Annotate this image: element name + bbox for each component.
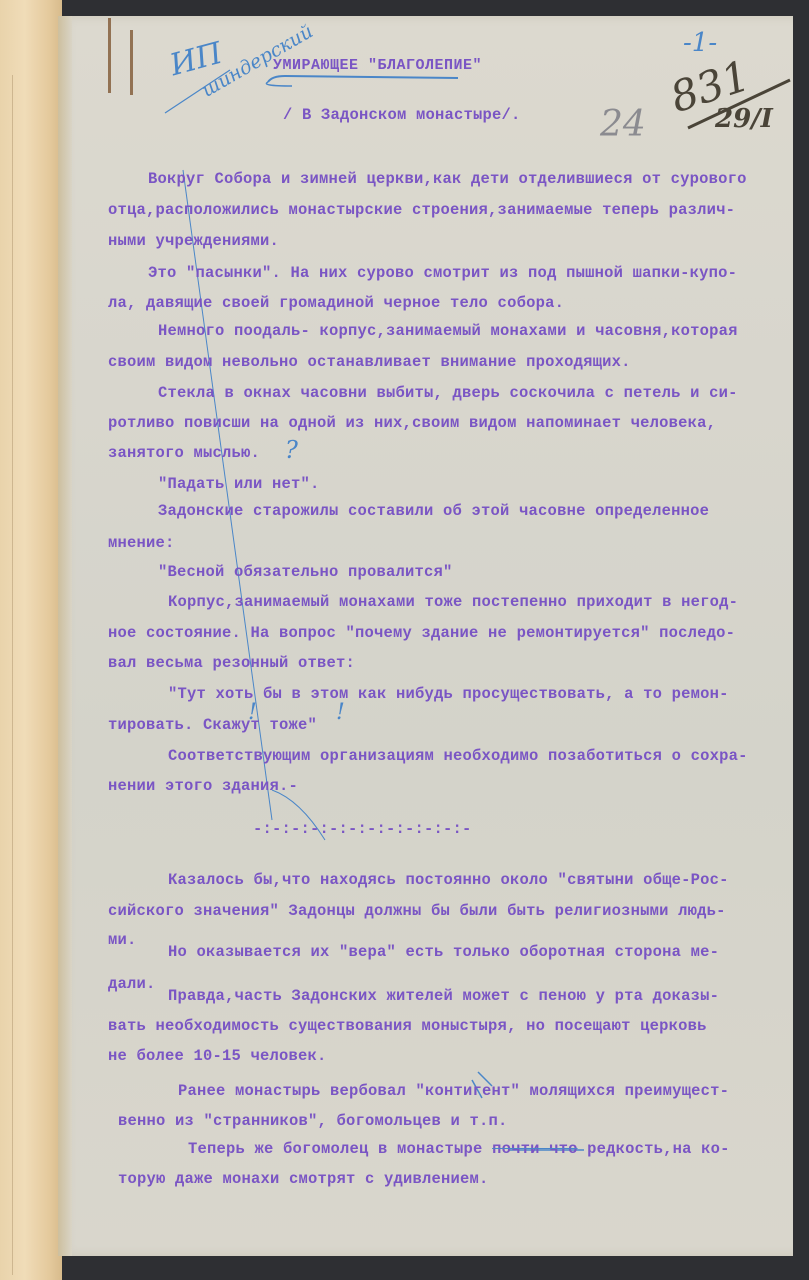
document-title: УМИРАЮЩЕЕ "БЛАГОЛЕПИЕ" <box>273 57 482 74</box>
text-line: сийского значения" Задонцы должны бы был… <box>108 902 726 920</box>
text-segment: Теперь же богомолец в монастыре <box>188 1140 492 1158</box>
text-line: "Тут хоть бы в этом как нибудь просущест… <box>168 685 729 703</box>
text-line: дали. <box>108 975 156 993</box>
text-line: тировать. Скажут тоже" <box>108 716 317 734</box>
text-line: Казалось бы,что находясь постоянно около… <box>168 871 729 889</box>
text-line: ными учреждениями. <box>108 232 279 250</box>
text-line: торую даже монахи смотрят с удивлением. <box>118 1170 489 1188</box>
document-subtitle: / В Задонском монастыре/. <box>283 106 521 124</box>
text-line: мнение: <box>108 534 175 552</box>
text-line: Стекла в окнах часовни выбиты, дверь сос… <box>158 384 738 402</box>
page-left-edge <box>58 16 72 1256</box>
text-line: Вокруг Собора и зимней церкви,как дети о… <box>148 170 747 188</box>
handwritten-question-mark: ? <box>285 436 298 464</box>
text-line: отца,расположились монастырские строения… <box>108 201 735 219</box>
text-line: ми. <box>108 931 137 949</box>
text-line: Соответствующим организациям необходимо … <box>168 747 748 765</box>
archive-binding <box>0 0 62 1280</box>
archive-folio-sub: 29/I <box>715 104 773 134</box>
text-line: нении этого здания.- <box>108 777 298 795</box>
section-divider: -:-:-:-:-:-:-:-:-:-:-:- <box>253 820 472 838</box>
text-line-start: Теперь же богомолец в монастыре почти чт… <box>188 1140 730 1158</box>
handwritten-page-number: -1- <box>683 28 717 58</box>
text-line: венно из "странников", богомольцев и т.п… <box>118 1112 508 1130</box>
text-line: Корпус,занимаемый монахами тоже постепен… <box>168 593 738 611</box>
staple-mark-left <box>108 18 111 93</box>
text-line: вал весьма резонный ответ: <box>108 654 355 672</box>
text-line: Это "пасынки". На них сурово смотрит из … <box>148 264 737 282</box>
text-segment: редкость,на ко- <box>578 1140 730 1158</box>
pencil-sheet-number: 24 <box>600 104 646 145</box>
text-line: вать необходимость существования монысты… <box>108 1017 707 1035</box>
text-line: "Падать или нет". <box>158 475 320 493</box>
staple-mark-right <box>130 30 133 95</box>
text-line: Но оказывается их "вера" есть только обо… <box>168 943 719 961</box>
text-line: занятого мыслью. <box>108 444 260 462</box>
binding-fold-line <box>12 75 13 1275</box>
text-line: не более 10-15 человек. <box>108 1047 327 1065</box>
text-line: "Весной обязательно провалится" <box>158 563 453 581</box>
text-line: Задонские старожилы составили об этой ча… <box>158 502 709 520</box>
text-line: Правда,часть Задонских жителей может с п… <box>168 987 719 1005</box>
struck-out-text: почти что <box>492 1140 578 1158</box>
text-line: Немного поодаль- корпус,занимаемый монах… <box>158 322 738 340</box>
text-line: ротливо повисши на одной из них,своим ви… <box>108 414 716 432</box>
text-line: Ранее монастырь вербовал "контигент" мол… <box>178 1082 729 1100</box>
text-line: ла, давящие своей громадиной черное тело… <box>108 294 564 312</box>
handwritten-exclamation-2: ! <box>336 700 345 725</box>
text-line: ное состояние. На вопрос "почему здание … <box>108 624 735 642</box>
text-line: своим видом невольно останавливает внима… <box>108 353 631 371</box>
